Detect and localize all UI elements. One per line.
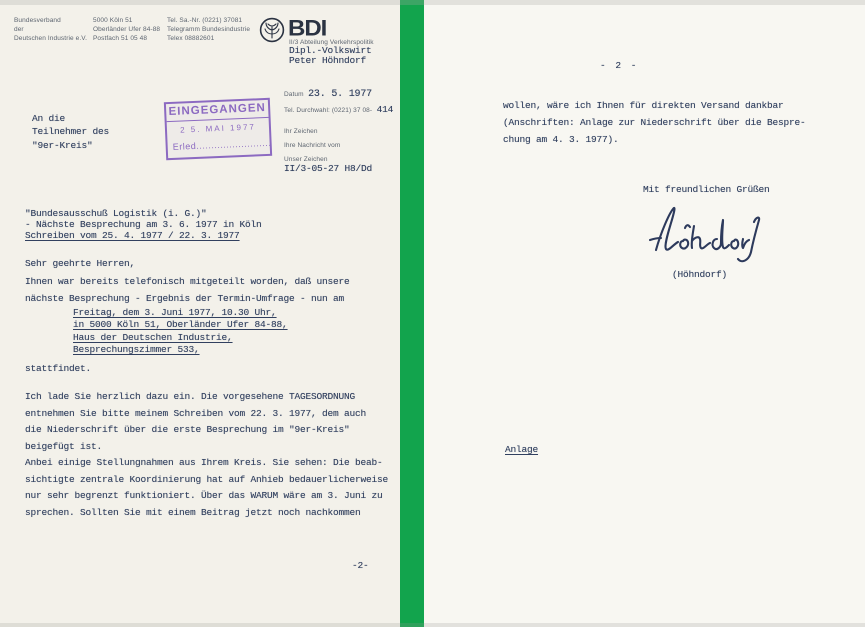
letterhead-org: BundesverbandderDeutschen Industrie e.V. (14, 16, 87, 43)
bdi-emblem-icon (259, 17, 285, 43)
text-line: Ihnen war bereits telefonisch mitgeteilt… (25, 274, 350, 291)
text-line: 5000 Köln 51 (93, 16, 160, 25)
text-line: entnehmen Sie bitte meinem Schreiben vom… (25, 406, 366, 423)
text-line: sichtigte zentrale Koordinierung hat auf… (25, 472, 388, 489)
text-line: nur sehr begrenzt funktioniert. Über das… (25, 488, 388, 505)
subject-line-2: - Nächste Besprechung am 3. 6. 1977 in K… (25, 219, 262, 230)
text-line: sprechen. Sollten Sie mit einem Beitrag … (25, 505, 388, 522)
text-line: Tel. Sa.-Nr. (0221) 37081 (167, 16, 250, 25)
text-line: Telex 08882601 (167, 34, 250, 43)
meeting-details-block: Freitag, dem 3. Juni 1977, 10.30 Uhr,in … (73, 307, 288, 356)
subject-line-3: Schreiben vom 25. 4. 1977 / 22. 3. 1977 (25, 230, 240, 241)
paragraph-3: Anbei einige Stellungnahmen aus Ihrem Kr… (25, 455, 388, 521)
text-line: nächste Besprechung - Ergebnis der Termi… (25, 291, 350, 308)
page-2-paragraph: wollen, wäre ich Ihnen für direkten Vers… (503, 97, 806, 148)
letterhead-contact: Tel. Sa.-Nr. (0221) 37081Telegramm Bunde… (167, 16, 250, 43)
text-line: An die (32, 112, 109, 125)
letter-page-1: BundesverbandderDeutschen Industrie e.V.… (0, 0, 402, 627)
ref-durchwahl-row: Tel. Durchwahl: (0221) 37 08- 414 (284, 99, 393, 117)
ref-unser-zeichen-value: II/3-05-27 H8/Dd (284, 163, 372, 174)
subject-line-1: "Bundesausschuß Logistik (i. G.)" (25, 208, 207, 219)
recipient-address: An dieTeilnehmer des"9er-Kreis" (32, 112, 109, 152)
closing-line: Mit freundlichen Grüßen (643, 184, 770, 195)
handwritten-signature (646, 200, 764, 268)
text-line: Ich lade Sie herzlich dazu ein. Die vorg… (25, 389, 366, 406)
text-line: "9er-Kreis" (32, 139, 109, 152)
ref-unser-zeichen-label: Unser Zeichen (284, 156, 328, 163)
text-line: Haus der Deutschen Industrie, (73, 332, 288, 344)
letterhead-signer-name: Peter Höhndorf (289, 56, 366, 67)
text-line: der (14, 25, 87, 34)
text-line: Oberländer Ufer 84-88 (93, 25, 160, 34)
text-line: die Niederschrift über die erste Besprec… (25, 422, 366, 439)
text-line: Teilnehmer des (32, 125, 109, 138)
page-1-footer-number: -2- (352, 560, 369, 571)
ref-durchwahl-label: Tel. Durchwahl: (0221) 37 08- (284, 107, 372, 114)
eingegangen-stamp: EINGEGANGEN 2 5. MAI 1977 Erled.........… (164, 98, 272, 160)
enclosure-note: Anlage (505, 444, 538, 455)
text-line: Telegramm Bundesindustrie (167, 25, 250, 34)
stamp-erled-label: Erled (173, 141, 197, 152)
bdi-wordmark: BDI (288, 16, 326, 42)
stamp-dotted-line: ........................... (196, 138, 270, 151)
salutation: Sehr geehrte Herren, (25, 258, 135, 269)
stamp-erled-line: Erled........................... (167, 135, 270, 155)
green-divider-stripe (400, 0, 425, 627)
text-line: Besprechungszimmer 533, (73, 344, 288, 356)
typed-signature-name: (Höhndorf) (672, 269, 727, 280)
ref-durchwahl-value: 414 (377, 104, 394, 115)
paragraph-1: Ihnen war bereits telefonisch mitgeteilt… (25, 274, 350, 307)
text-line: wollen, wäre ich Ihnen für direkten Vers… (503, 97, 806, 114)
scanned-letter: BundesverbandderDeutschen Industrie e.V.… (0, 0, 865, 627)
text-line: Bundesverband (14, 16, 87, 25)
text-line: in 5000 Köln 51, Oberländer Ufer 84-88, (73, 319, 288, 331)
text-line: Anbei einige Stellungnahmen aus Ihrem Kr… (25, 455, 388, 472)
text-line: Freitag, dem 3. Juni 1977, 10.30 Uhr, (73, 307, 288, 319)
text-line: chung am 4. 3. 1977). (503, 131, 806, 148)
letterhead-address: 5000 Köln 51Oberländer Ufer 84-88Postfac… (93, 16, 160, 43)
page-2-header-number: - 2 - (600, 60, 639, 71)
text-line: (Anschriften: Anlage zur Niederschrift ü… (503, 114, 806, 131)
after-meeting-line: stattfindet. (25, 363, 91, 374)
ref-ihr-zeichen-label: Ihr Zeichen (284, 128, 318, 135)
ref-datum-label: Datum (284, 91, 304, 98)
paragraph-2: Ich lade Sie herzlich dazu ein. Die vorg… (25, 389, 366, 455)
text-line: Deutschen Industrie e.V. (14, 34, 87, 43)
ref-nachricht-label: Ihre Nachricht vom (284, 142, 340, 149)
letter-page-2: - 2 - wollen, wäre ich Ihnen für direkte… (424, 0, 865, 627)
text-line: beigefügt ist. (25, 439, 366, 456)
text-line: Postfach 51 05 48 (93, 34, 160, 43)
